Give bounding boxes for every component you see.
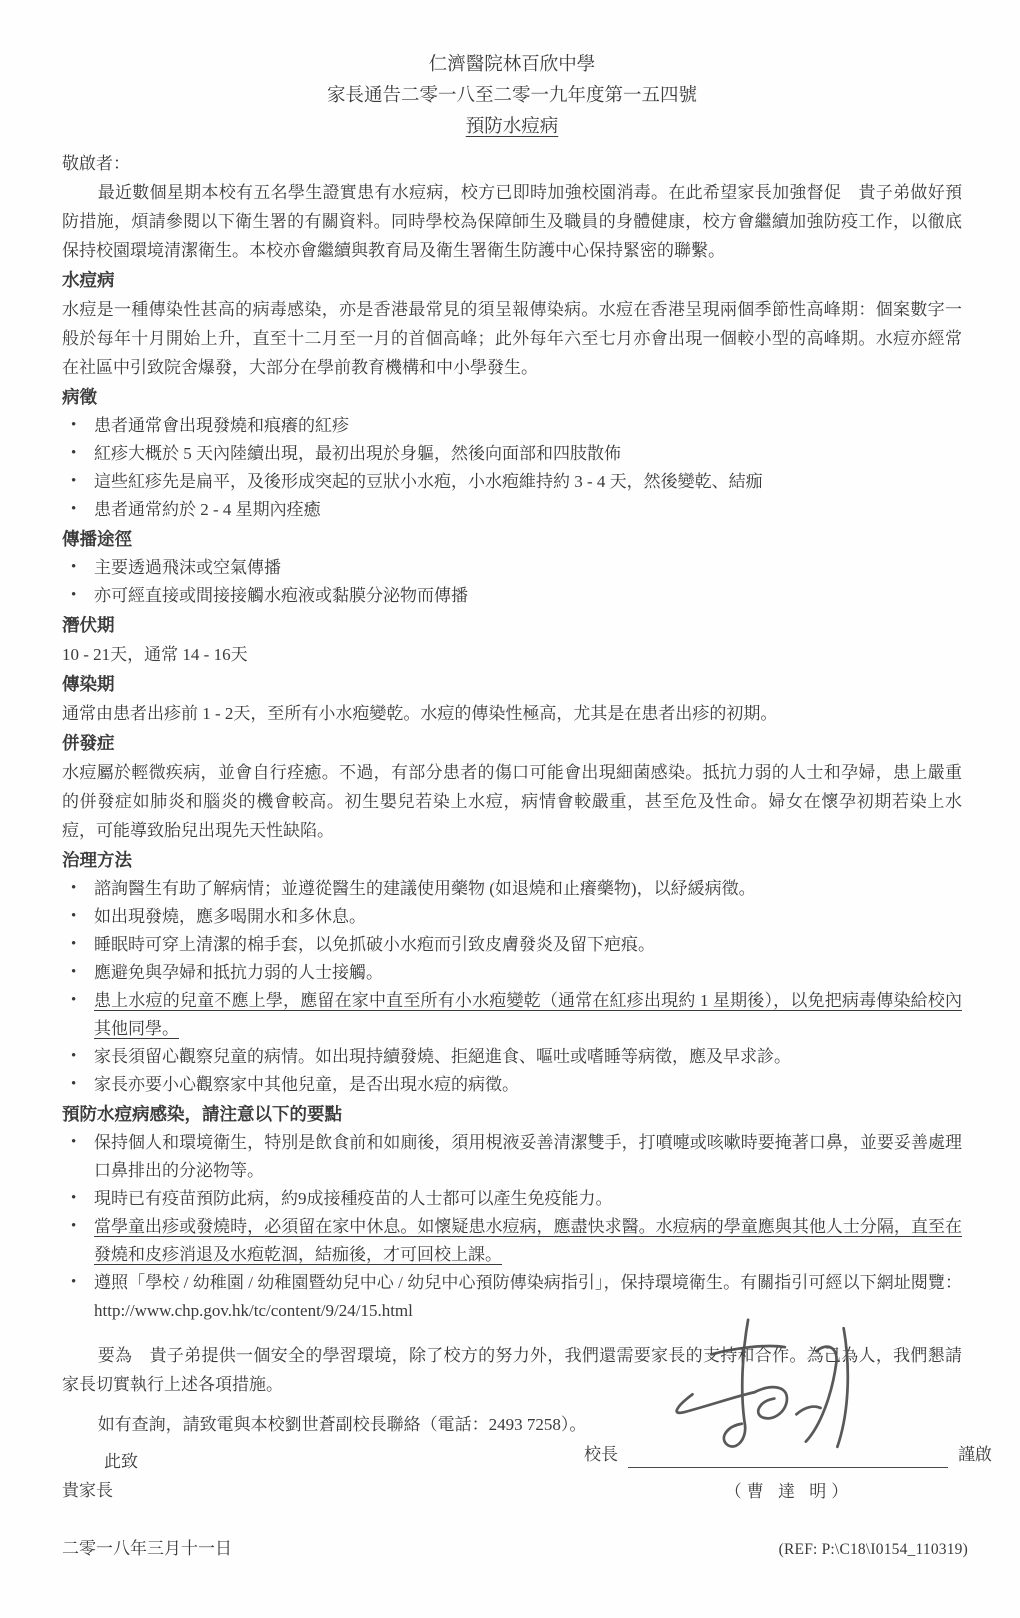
page-footer: 二零一八年三月十一日 (REF: P:\C18\I0154_110319) <box>62 1534 968 1559</box>
salutation: 敬啟者： <box>62 149 962 178</box>
list-item: 現時已有疫苗預防此病，約9成接種疫苗的人士都可以產生免疫能力。 <box>62 1185 962 1213</box>
intro-paragraph: 最近數個星期本校有五名學生證實患有水痘病，校方已即時加強校園消毒。在此希望家長加… <box>62 178 962 265</box>
section-heading-treatment: 治理方法 <box>62 846 962 875</box>
list-item-underlined: 當學童出疹或發燒時，必須留在家中休息。如懷疑患水痘病，應盡快求醫。水痘病的學童應… <box>62 1213 962 1269</box>
notice-number: 家長通告二零一八至二零一九年度第一五四號 <box>62 81 962 112</box>
infectious-period-paragraph: 通常由患者出疹前 1 - 2天，至所有小水疱變乾。水痘的傳染性極高，尤其是在患者… <box>62 699 962 728</box>
notice-date: 二零一八年三月十一日 <box>62 1534 232 1559</box>
list-item: 主要透過飛沫或空氣傳播 <box>62 554 962 582</box>
symptoms-list: 患者通常會出現發燒和痕癢的紅疹 紅疹大概於 5 天內陸續出現，最初出現於身軀，然… <box>62 412 962 524</box>
principal-signature <box>662 1312 872 1462</box>
list-item-underlined: 患上水痘的兒童不應上學，應留在家中直至所有小水疱變乾（通常在紅疹出現約 1 星期… <box>62 987 962 1043</box>
section-heading-transmission: 傳播途徑 <box>62 525 962 554</box>
stay-home-rule-text: 患上水痘的兒童不應上學，應留在家中直至所有小水疱變乾（通常在紅疹出現約 1 星期… <box>94 991 962 1038</box>
list-item: 如出現發燒，應多喝開水和多休息。 <box>62 903 962 931</box>
section-heading-disease: 水痘病 <box>62 266 962 295</box>
list-item: 應避免與孕婦和抵抗力弱的人士接觸。 <box>62 959 962 987</box>
list-item: 家長須留心觀察兒童的病情。如出現持續發燒、拒絕進食、嘔吐或嗜睡等病徵，應及早求診… <box>62 1043 962 1071</box>
section-heading-incubation: 潛伏期 <box>62 611 962 640</box>
section-heading-prevention: 預防水痘病感染，請注意以下的要點 <box>62 1100 962 1129</box>
list-item: 諮詢醫生有助了解病情；並遵從醫生的建議使用藥物 (如退燒和止癢藥物)，以紓緩病徵… <box>62 875 962 903</box>
school-name: 仁濟醫院林百欣中學 <box>62 50 962 81</box>
respectfully-label: 謹啟 <box>958 1442 992 1468</box>
list-item: 患者通常約於 2 - 4 星期內痊癒 <box>62 496 962 524</box>
principal-name: （曹 達 明） <box>650 1477 928 1502</box>
notice-subject: 預防水痘病 <box>466 112 559 143</box>
guideline-text: 遵照「學校 / 幼稚園 / 幼稚園暨幼兒中心 / 幼兒中心預防傳染病指引」，保持… <box>94 1273 962 1292</box>
isolation-rule-text: 當學童出疹或發燒時，必須留在家中休息。如懷疑患水痘病，應盡快求醫。水痘病的學童應… <box>94 1217 962 1264</box>
notice-header: 仁濟醫院林百欣中學 家長通告二零一八至二零一九年度第一五四號 預防水痘病 <box>62 50 962 143</box>
signature-block: 校長 謹啟 （曹 達 明） <box>584 1348 992 1502</box>
list-item: 這些紅疹先是扁平，及後形成突起的豆狀小水疱，小水疱維持約 3 - 4 天，然後變… <box>62 468 962 496</box>
reference-number: (REF: P:\C18\I0154_110319) <box>779 1541 968 1559</box>
list-item: 睡眠時可穿上清潔的棉手套，以免抓破小水疱而引致皮膚發炎及留下疤痕。 <box>62 931 962 959</box>
transmission-list: 主要透過飛沫或空氣傳播 亦可經直接或間接接觸水疱液或黏膜分泌物而傳播 <box>62 554 962 610</box>
section-heading-infectious-period: 傳染期 <box>62 670 962 699</box>
treatment-list: 諮詢醫生有助了解病情；並遵從醫生的建議使用藥物 (如退燒和止癢藥物)，以紓緩病徵… <box>62 875 962 1099</box>
section-heading-symptoms: 病徵 <box>62 383 962 412</box>
incubation-paragraph: 10 - 21天，通常 14 - 16天 <box>62 640 962 669</box>
principal-label: 校長 <box>584 1442 618 1468</box>
list-item: 保持個人和環境衛生，特別是飲食前和如廁後，須用梘液妥善清潔雙手，打噴嚏或咳嗽時要… <box>62 1129 962 1185</box>
disease-paragraph: 水痘是一種傳染性甚高的病毒感染，亦是香港最常見的須呈報傳染病。水痘在香港呈現兩個… <box>62 295 962 382</box>
guideline-url: http://www.chp.gov.hk/tc/content/9/24/15… <box>94 1301 413 1320</box>
list-item: 紅疹大概於 5 天內陸續出現，最初出現於身軀，然後向面部和四肢散佈 <box>62 440 962 468</box>
list-item: 患者通常會出現發燒和痕癢的紅疹 <box>62 412 962 440</box>
prevention-list: 保持個人和環境衛生，特別是飲食前和如廁後，須用梘液妥善清潔雙手，打噴嚏或咳嗽時要… <box>62 1129 962 1325</box>
list-item: 亦可經直接或間接接觸水疱液或黏膜分泌物而傳播 <box>62 582 962 610</box>
complications-paragraph: 水痘屬於輕微疾病，並會自行痊癒。不過，有部分患者的傷口可能會出現細菌感染。抵抗力… <box>62 758 962 845</box>
section-heading-complications: 併發症 <box>62 729 962 758</box>
list-item: 家長亦要小心觀察家中其他兒童，是否出現水痘的病徵。 <box>62 1071 962 1099</box>
